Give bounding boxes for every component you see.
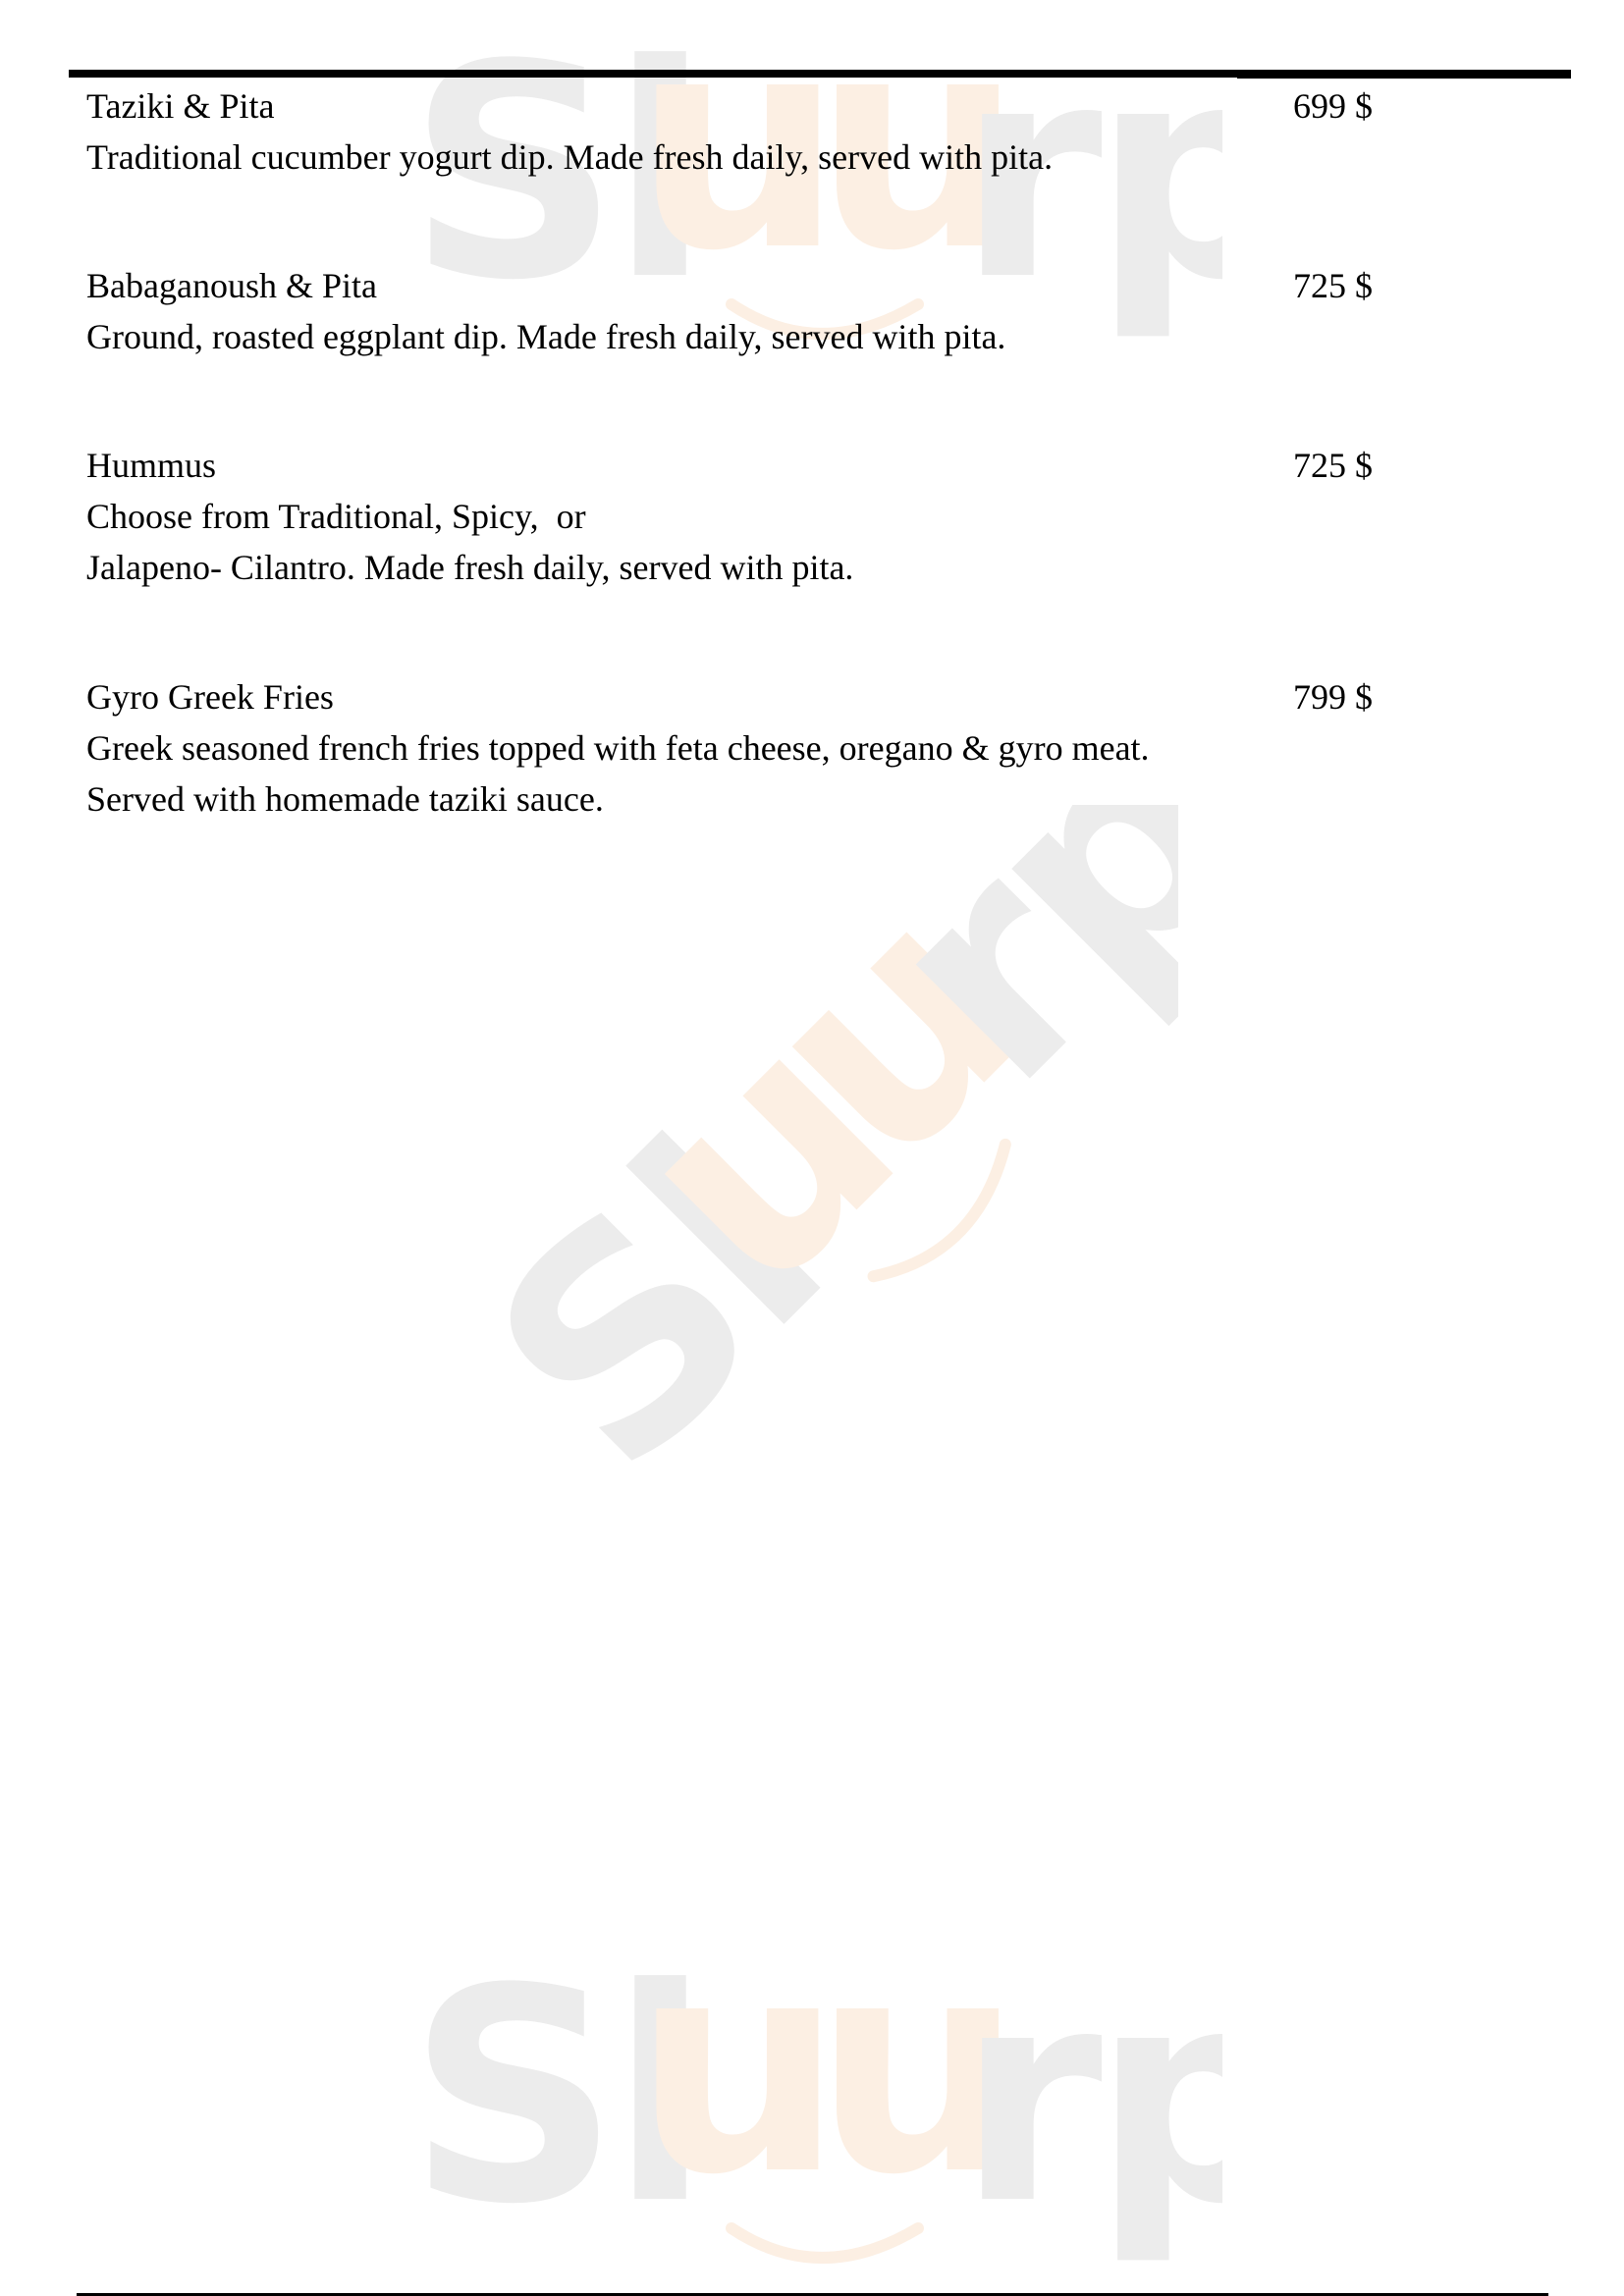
top-divider (69, 70, 1571, 78)
item-price: 799 $ (1293, 671, 1373, 722)
menu-list: Taziki & Pita Traditional cucumber yogur… (86, 80, 1540, 902)
item-price: 699 $ (1293, 80, 1373, 132)
item-description: Traditional cucumber yogurt dip. Made fr… (86, 132, 1245, 183)
item-description: Ground, roasted eggplant dip. Made fresh… (86, 311, 1245, 362)
top-divider-underline (1237, 78, 1571, 79)
item-price: 725 $ (1293, 260, 1373, 311)
item-price: 725 $ (1293, 440, 1373, 491)
svg-text:Sl: Sl (471, 1084, 881, 1512)
svg-text:rpy: rpy (957, 1963, 1222, 2269)
svg-text:uu: uu (633, 1963, 1002, 2239)
item-description: Greek seasoned french fries topped with … (86, 722, 1245, 825)
menu-item-gyro-greek-fries: Gyro Greek Fries Greek seasoned french f… (86, 671, 1540, 825)
svg-text:Sl: Sl (407, 1963, 701, 2269)
menu-item-taziki-pita: Taziki & Pita Traditional cucumber yogur… (86, 80, 1540, 183)
menu-item-hummus: Hummus Choose from Traditional, Spicy, o… (86, 440, 1540, 593)
watermark-middle: Sl uu rpy (471, 805, 1178, 1512)
svg-text:uu: uu (569, 850, 1072, 1353)
item-description: Choose from Traditional, Spicy, or Jalap… (86, 491, 1245, 593)
watermark-bottom: Sl uu rpy (407, 1963, 1222, 2277)
menu-item-babaganoush-pita: Babaganoush & Pita Ground, roasted eggpl… (86, 260, 1540, 362)
